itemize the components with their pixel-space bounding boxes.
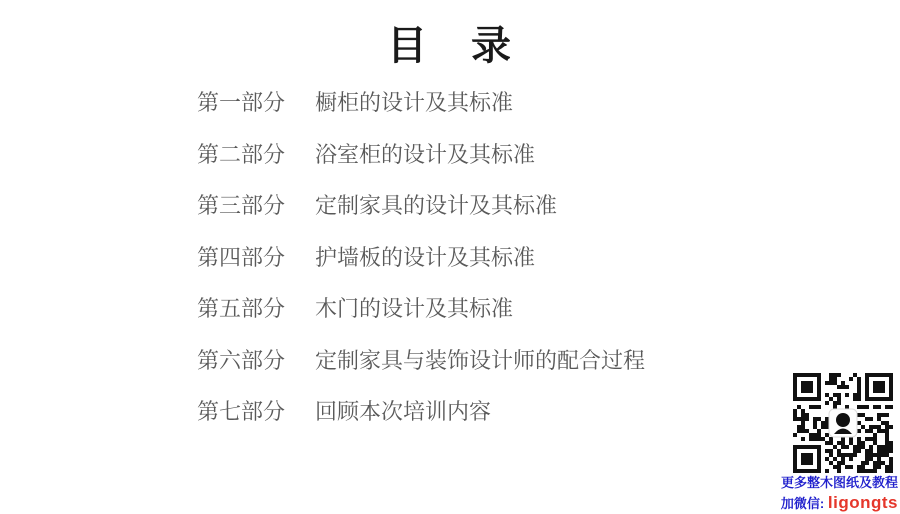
qr-code: [793, 373, 893, 473]
toc-list: 第一部分 橱柜的设计及其标准 第二部分 浴室柜的设计及其标准 第三部分 定制家具…: [197, 86, 645, 447]
toc-part-label: 第一部分: [197, 86, 315, 117]
toc-part-title: 定制家具与装饰设计师的配合过程: [315, 344, 645, 375]
toc-item: 第三部分 定制家具的设计及其标准: [197, 189, 645, 212]
toc-item: 第五部分 木门的设计及其标准: [197, 292, 645, 315]
toc-part-label: 第七部分: [197, 395, 315, 426]
toc-item: 第二部分 浴室柜的设计及其标准: [197, 138, 645, 161]
toc-part-title: 橱柜的设计及其标准: [315, 86, 513, 117]
qr-caption-prefix: 加微信:: [781, 496, 824, 511]
toc-slide: 目 录 第一部分 橱柜的设计及其标准 第二部分 浴室柜的设计及其标准 第三部分 …: [0, 0, 900, 514]
toc-part-label: 第二部分: [197, 138, 315, 169]
toc-item: 第六部分 定制家具与装饰设计师的配合过程: [197, 344, 645, 367]
toc-part-label: 第四部分: [197, 241, 315, 272]
toc-part-label: 第三部分: [197, 189, 315, 220]
toc-part-title: 护墙板的设计及其标准: [315, 241, 535, 272]
toc-part-label: 第六部分: [197, 344, 315, 375]
page-title: 目 录: [0, 14, 900, 71]
toc-item: 第四部分 护墙板的设计及其标准: [197, 241, 645, 264]
toc-part-title: 定制家具的设计及其标准: [315, 189, 557, 220]
toc-part-label: 第五部分: [197, 292, 315, 323]
qr-caption: 更多整木图纸及教程 加微信: ligongts: [768, 474, 898, 514]
qr-code-image: [793, 373, 893, 473]
toc-part-title: 浴室柜的设计及其标准: [315, 138, 535, 169]
toc-item: 第一部分 橱柜的设计及其标准: [197, 86, 645, 109]
qr-caption-wechat-id: ligongts: [828, 493, 898, 512]
qr-caption-line1: 更多整木图纸及教程: [768, 474, 898, 492]
toc-item: 第七部分 回顾本次培训内容: [197, 395, 645, 418]
toc-part-title: 木门的设计及其标准: [315, 292, 513, 323]
toc-part-title: 回顾本次培训内容: [315, 395, 491, 426]
qr-caption-line2: 加微信: ligongts: [768, 492, 898, 514]
